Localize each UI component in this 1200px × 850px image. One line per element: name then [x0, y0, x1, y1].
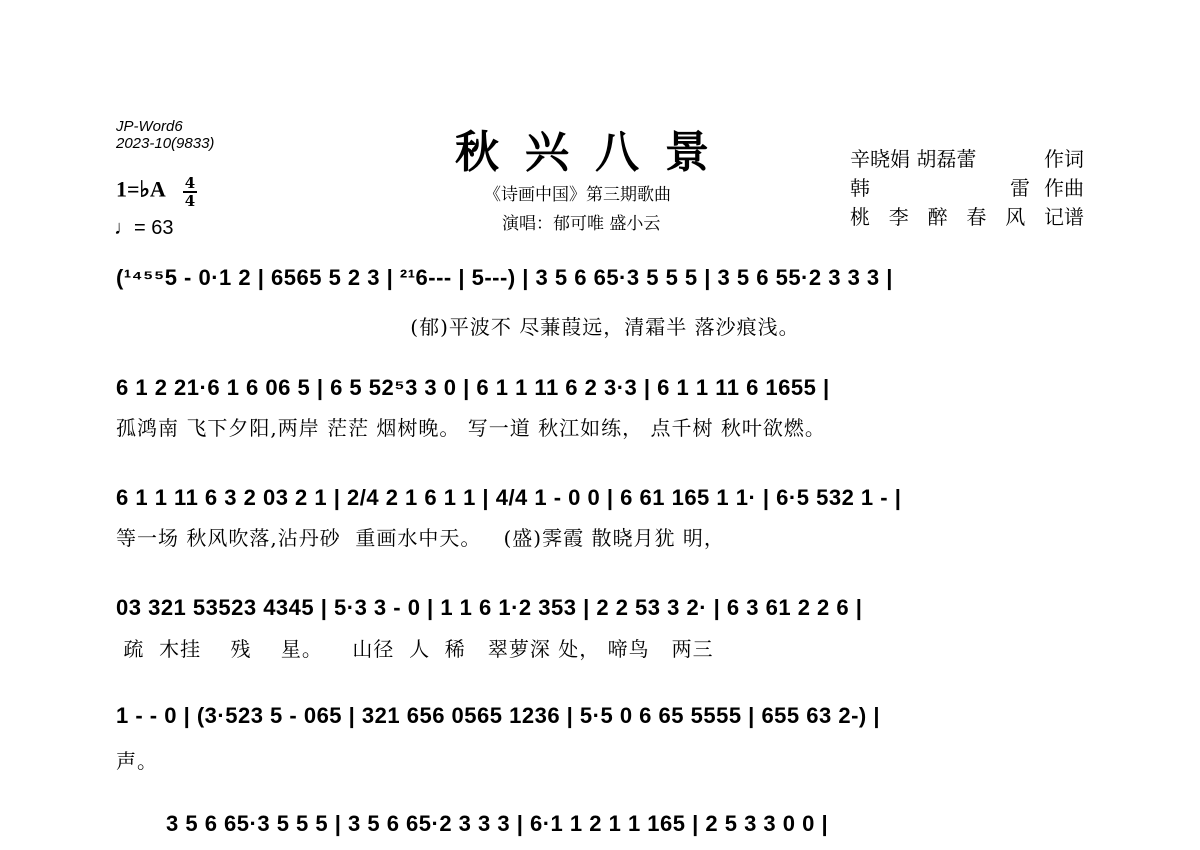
ts-top: 4	[185, 176, 195, 190]
role-lyrics: 作词	[1044, 145, 1084, 174]
lyricist-2: 胡磊蕾	[916, 147, 976, 171]
song-title: 秋兴八景	[455, 116, 735, 180]
score-line-6-notes: 3 5 6 65·3 5 5 5 | 3 5 6 65·2 3 3 3 | 6·…	[166, 811, 1092, 837]
credit-composer: 韩 雷 作曲	[850, 174, 1084, 203]
transcriber-char: 桃	[850, 203, 870, 232]
composer-part-1: 韩	[850, 174, 870, 203]
role-transcriber: 记谱	[1044, 203, 1084, 232]
credit-lyricist: 辛晓娟 胡磊蕾 作词	[850, 145, 1084, 174]
score-line-5-lyrics: 声。	[116, 745, 158, 774]
singers-line: 演唱：郁可唯 盛小云	[502, 209, 660, 234]
score-line-1-notes: (¹⁴⁵⁵5 - 0·1 2 | 6565 5 2 3 | ²¹6--- | 5…	[116, 265, 1092, 291]
score-line-1-lyrics: (郁)平波不 尽蒹葭远，清霜半 落沙痕浅。	[116, 311, 800, 340]
version-label: 2023-10(9833)	[116, 135, 214, 152]
transcriber-char: 李	[889, 203, 909, 232]
ts-bottom: 4	[185, 194, 195, 208]
score-line-5-notes: 1 - - 0 | (3·523 5 - 065 | 321 656 0565 …	[116, 703, 1092, 729]
transcriber-char: 春	[966, 203, 986, 232]
transcriber-char: 风	[1005, 203, 1025, 232]
credit-transcriber: 桃 李 醉 春 风 记谱	[850, 203, 1084, 232]
transcriber-char: 醉	[928, 203, 948, 232]
key-signature: 1=♭A 4 4	[116, 176, 197, 208]
software-label: JP-Word6	[116, 118, 183, 135]
key-label: 1=♭A	[116, 177, 166, 202]
composer-part-2: 雷	[1010, 174, 1030, 203]
score-line-4-lyrics: 疏 木挂 残 星。 山径 人 稀 翠萝深 处， 啼鸟 两三	[116, 633, 714, 662]
score-line-2-notes: 6 1 2 21·6 1 6 06 5 | 6 5 52⁵3 3 0 | 6 1…	[116, 375, 1092, 401]
tempo-marking: ♩= 63	[114, 217, 173, 240]
time-signature: 4 4	[183, 176, 197, 208]
score-line-3-lyrics: 等一场 秋风吹落,沾丹砂 重画水中天。 (盛)霁霞 散晓月犹 明，	[116, 522, 725, 551]
score-line-2-lyrics: 孤鸿南 飞下夕阳,两岸 茫茫 烟树晚。 写一道 秋江如练， 点千树 秋叶欲燃。	[116, 412, 826, 441]
credits-block: 辛晓娟 胡磊蕾 作词 韩 雷 作曲 桃 李 醉 春 风 记谱	[850, 145, 1084, 232]
score-line-4-notes: 03 321 53523 4345 | 5·3 3 - 0 | 1 1 6 1·…	[116, 595, 1092, 621]
lyricist-1: 辛晓娟	[850, 147, 910, 171]
song-subtitle: 《诗画中国》第三期歌曲	[484, 180, 671, 205]
score-line-3-notes: 6 1 1 11 6 3 2 03 2 1 | 2/4 2 1 6 1 1 | …	[116, 485, 1092, 511]
role-composer: 作曲	[1044, 174, 1084, 203]
